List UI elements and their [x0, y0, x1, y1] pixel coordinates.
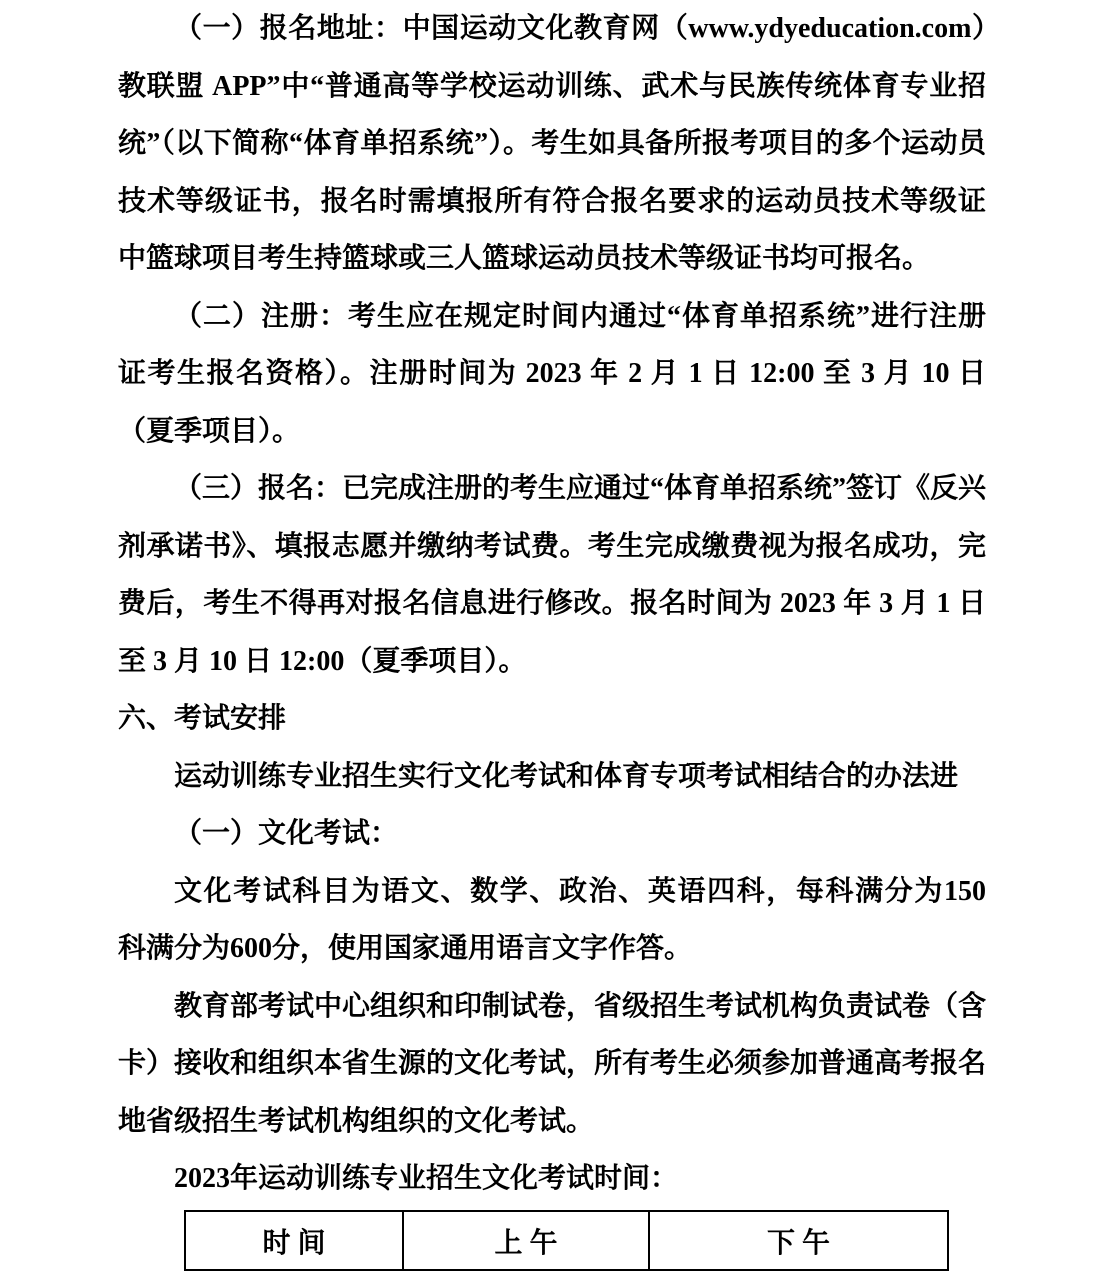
exam-schedule-table: 时 间 上 午 下 午 — [184, 1210, 949, 1271]
text-line: （二）注册：考生应在规定时间内通过“体育单招系统”进行注册（验 — [118, 288, 986, 346]
table-header-morning: 上 午 — [403, 1211, 649, 1270]
sub-heading-line: （一）文化考试： — [118, 805, 986, 863]
text-line: 运动训练专业招生实行文化考试和体育专项考试相结合的办法进行。 — [118, 748, 986, 806]
text-line: （一）报名地址：中国运动文化教育网（www.ydyeducation.com）或… — [118, 0, 986, 58]
text-line: 教育部考试中心组织和印制试卷，省级招生考试机构负责试卷（含答题 — [118, 978, 986, 1036]
text-line: 至 3 月 10 日 12:00（夏季项目）。 — [118, 633, 986, 691]
text-line: 技术等级证书，报名时需填报所有符合报名要求的运动员技术等级证书，其 — [118, 173, 986, 231]
text-line: 统”（以下简称“体育单招系统”）。考生如具备所报考项目的多个运动员 — [118, 115, 986, 173]
table-header-afternoon: 下 午 — [649, 1211, 948, 1270]
section-heading-line: 六、考试安排 — [118, 690, 986, 748]
text-line: 中篮球项目考生持篮球或三人篮球运动员技术等级证书均可报名。 — [118, 230, 986, 288]
text-line: 费后，考生不得再对报名信息进行修改。报名时间为 2023 年 3 月 1 日 1… — [118, 575, 986, 633]
text-line: 地省级招生考试机构组织的文化考试。 — [118, 1093, 986, 1151]
text-line: 文化考试科目为语文、数学、政治、英语四科，每科满分为150分，四 — [118, 863, 986, 921]
text-line: （三）报名：已完成注册的考生应通过“体育单招系统”签订《反兴奋 — [118, 460, 986, 518]
document-body: （一）报名地址：中国运动文化教育网（www.ydyeducation.com）或… — [118, 0, 986, 1208]
text-line: 剂承诺书》、填报志愿并缴纳考试费。考生完成缴费视为报名成功，完成缴 — [118, 518, 986, 576]
table-header-time: 时 间 — [185, 1211, 403, 1270]
table-caption-line: 2023年运动训练专业招生文化考试时间： — [118, 1150, 986, 1208]
document-page: （一）报名地址：中国运动文化教育网（www.ydyeducation.com）或… — [0, 0, 1102, 1284]
exam-schedule-table-wrap: 时 间 上 午 下 午 — [184, 1210, 949, 1271]
text-line: 科满分为600分，使用国家通用语言文字作答。 — [118, 920, 986, 978]
text-line: （夏季项目）。 — [118, 403, 986, 461]
text-line: 教联盟 APP”中“普通高等学校运动训练、武术与民族传统体育专业招生系 — [118, 58, 986, 116]
text-line: 卡）接收和组织本省生源的文化考试，所有考生必须参加普通高考报名所在 — [118, 1035, 986, 1093]
text-line: 证考生报名资格）。注册时间为 2023 年 2 月 1 日 12:00 至 3 … — [118, 345, 986, 403]
exam-table-header-row: 时 间 上 午 下 午 — [185, 1211, 948, 1270]
